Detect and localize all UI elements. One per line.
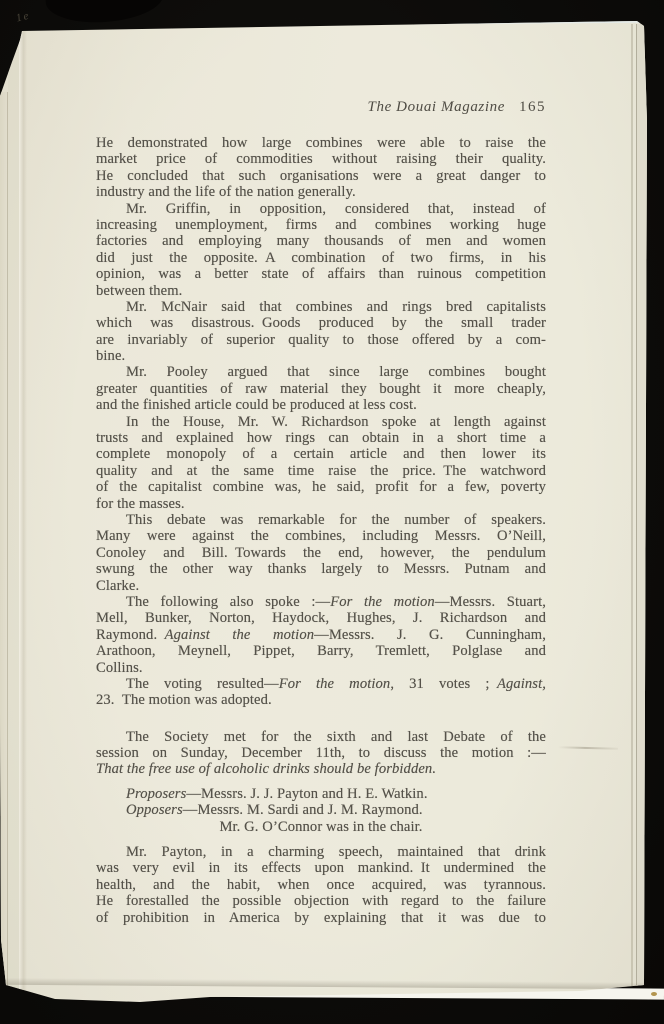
pencil-margin-mark — [558, 746, 618, 750]
text-line: Clarke. — [96, 578, 546, 594]
text-line: Raymond. Against the motion—Messrs. J. G… — [96, 627, 546, 643]
text-line: He forestalled the possible objection wi… — [96, 893, 546, 909]
text-line: greater quantities of raw material they … — [96, 381, 546, 397]
text-line: Mell, Bunker, Norton, Haydock, Hughes, J… — [96, 610, 546, 626]
paragraph: Mr. Pooley argued that since large combi… — [96, 364, 546, 413]
page-edge-right-line — [631, 24, 633, 986]
paragraph: In the House, Mr. W. Richardson spoke at… — [96, 414, 546, 512]
text-line: He demonstrated how large combines were … — [96, 135, 546, 151]
text-line: and the finished article could be produc… — [96, 397, 546, 413]
text-line: 23. The motion was adopted. — [96, 692, 546, 708]
book-page: The Douai Magazine165 He demonstrated ho… — [0, 0, 664, 1024]
text-line: health, and the habit, when once acquire… — [96, 877, 546, 893]
text-line: Mr. Payton, in a charming speech, mainta… — [96, 844, 546, 860]
text-line: of the capitalist combine was, he said, … — [96, 479, 546, 495]
text-line: increasing unemployment, firms and combi… — [96, 217, 546, 233]
paragraph-gap — [96, 835, 546, 844]
paragraph: The voting resulted—For the motion, 31 v… — [96, 676, 546, 709]
text-line: Opposers—Messrs. M. Sardi and J. M. Raym… — [96, 802, 546, 818]
pencil-corner-note: 1e — [15, 9, 32, 24]
scanned-book-photo: The Douai Magazine165 He demonstrated ho… — [0, 0, 664, 1024]
page-edge-right — [636, 24, 648, 986]
text-line: That the free use of alcoholic drinks sh… — [96, 761, 546, 777]
text-line: session on Sunday, December 11th, to dis… — [96, 745, 546, 761]
page-number: 165 — [519, 99, 546, 115]
text-line: for the masses. — [96, 496, 546, 512]
paragraph-gap — [96, 709, 546, 729]
page-edge-left — [0, 92, 8, 987]
text-line: This debate was remarkable for the numbe… — [96, 512, 546, 528]
paragraph: Proposers—Messrs. J. J. Payton and H. E.… — [96, 786, 546, 835]
text-line: The following also spoke :—For the motio… — [96, 594, 546, 610]
text-line: of prohibition in America by explaining … — [96, 910, 546, 926]
text-line: Many were against the combines, includin… — [96, 528, 546, 544]
paragraph: Mr. Griffin, in opposition, considered t… — [96, 201, 546, 299]
text-line: market price of commodities without rais… — [96, 151, 546, 167]
text-line: bine. — [96, 348, 546, 364]
text-line: Mr. Griffin, in opposition, considered t… — [96, 201, 546, 217]
paragraph: The following also spoke :—For the motio… — [96, 594, 546, 676]
text-line: Mr. Pooley argued that since large combi… — [96, 364, 546, 380]
paragraph: The Society met for the sixth and last D… — [96, 729, 546, 778]
text-line: Arathoon, Meynell, Pippet, Barry, Tremle… — [96, 643, 546, 659]
paragraph: Mr. Payton, in a charming speech, mainta… — [96, 844, 546, 926]
running-head: The Douai Magazine165 — [96, 99, 546, 116]
text-line: The voting resulted—For the motion, 31 v… — [96, 676, 546, 692]
page-bottom-shadow — [6, 978, 644, 989]
text-line: Mr. McNair said that combines and rings … — [96, 299, 546, 315]
text-line: The Society met for the sixth and last D… — [96, 729, 546, 745]
text-line: In the House, Mr. W. Richardson spoke at… — [96, 414, 546, 430]
text-line: He concluded that such organisations wer… — [96, 168, 546, 184]
scanner-shadow-blob — [45, 0, 164, 24]
text-line: quality and at the same time raise the p… — [96, 463, 546, 479]
text-line: swung the other way thanks largely to Me… — [96, 561, 546, 577]
text-line: did just the opposite. A combination of … — [96, 250, 546, 266]
text-line: are invariably of superior quality to th… — [96, 332, 546, 348]
text-line: Conoley and Bill. Towards the end, howev… — [96, 545, 546, 561]
paragraph-gap — [96, 778, 546, 786]
text-line: which was disastrous. Goods produced by … — [96, 315, 546, 331]
paragraph: Mr. McNair said that combines and rings … — [96, 299, 546, 365]
page-edge-speck — [651, 992, 657, 996]
magazine-title: The Douai Magazine — [368, 99, 505, 115]
text-line: Mr. G. O’Connor was in the chair. — [96, 819, 546, 835]
text-line: industry and the life of the nation gene… — [96, 184, 546, 200]
text-line: between them. — [96, 283, 546, 299]
page-edge-left-shade — [8, 60, 19, 990]
text-line: opinion, was a better state of affairs t… — [96, 266, 546, 282]
text-line: Proposers—Messrs. J. J. Payton and H. E.… — [96, 786, 546, 802]
text-line: trusts and explained how rings can obtai… — [96, 430, 546, 446]
text-line: complete monopoly of a certain article a… — [96, 446, 546, 462]
binding-crease — [19, 30, 27, 990]
text-line: Collins. — [96, 660, 546, 676]
text-line: factories and employing many thousands o… — [96, 233, 546, 249]
paragraph: He demonstrated how large combines were … — [96, 135, 546, 201]
paragraph: This debate was remarkable for the numbe… — [96, 512, 546, 594]
text-line: was very evil in its effects upon mankin… — [96, 860, 546, 876]
page-top-highlight — [300, 21, 640, 25]
page-body: He demonstrated how large combines were … — [96, 135, 546, 926]
